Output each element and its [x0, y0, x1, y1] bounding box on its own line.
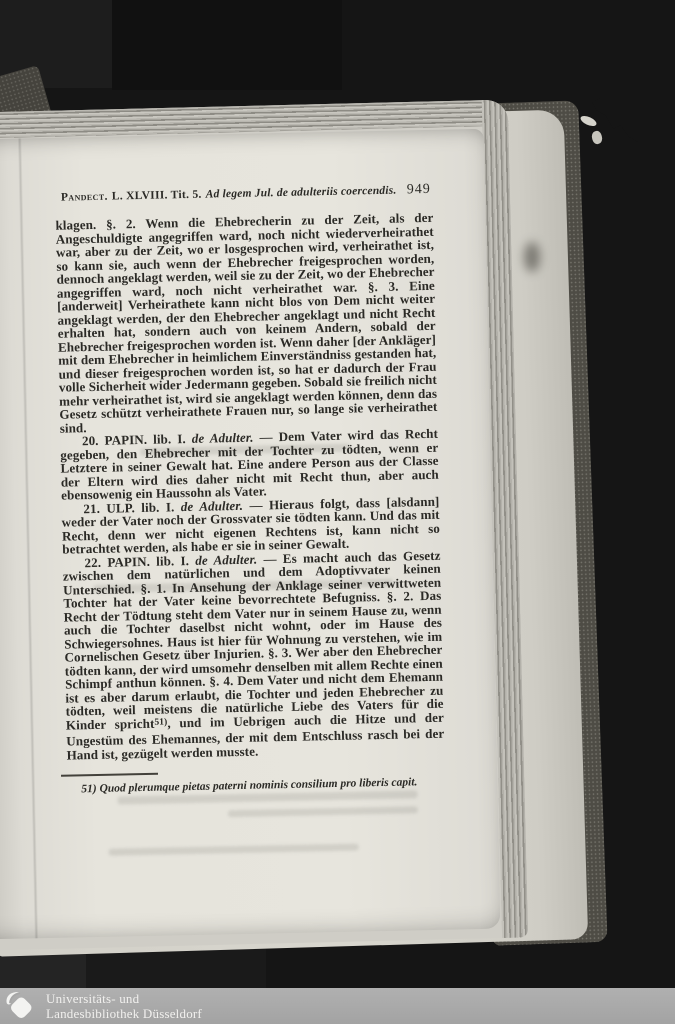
- running-header: Pandect. L. XLVIII. Tit. 5. Ad legem Jul…: [61, 182, 431, 206]
- background-patch: [112, 0, 342, 90]
- page-content: Pandect. L. XLVIII. Tit. 5. Ad legem Jul…: [55, 182, 446, 797]
- cover-frayed-thread: [590, 130, 604, 145]
- paragraph-continuation: klagen. §. 2. Wenn die Ehebrecherin zu d…: [55, 211, 437, 435]
- book-page: Pandect. L. XLVIII. Tit. 5. Ad legem Jul…: [0, 129, 500, 940]
- paragraph-22: 22. PAPIN. lib. I. de Adulter. — Es mach…: [62, 548, 444, 761]
- ink-bleed-ghost: [109, 844, 359, 856]
- paragraph-21: 21. ULP. lib. I. de Adulter. — Hieraus f…: [61, 494, 440, 556]
- ink-bleed-ghost: [228, 806, 418, 817]
- cover-frayed-thread: [579, 114, 598, 128]
- library-logo-icon: [3, 990, 37, 1023]
- footnote-separator-rule: [61, 773, 158, 777]
- library-name-line1: Universitäts- und: [46, 991, 202, 1006]
- header-book-reference: L. XLVIII. Tit. 5.: [112, 189, 202, 203]
- header-law-title: Ad legem Jul. de adulteriis coercendis.: [206, 185, 397, 201]
- header-work-name: Pandect.: [61, 191, 108, 204]
- body-text: klagen. §. 2. Wenn die Ehebrecherin zu d…: [55, 211, 444, 762]
- library-banner: Universitäts- und Landesbibliothek Düsse…: [0, 988, 675, 1024]
- scan-photo: Pandect. L. XLVIII. Tit. 5. Ad legem Jul…: [0, 0, 675, 1024]
- page-number: 949: [407, 182, 431, 198]
- footnote-reference-mark: 51): [154, 717, 167, 727]
- paragraph-20: 20. PAPIN. lib. I. de Adulter. — Dem Vat…: [60, 427, 439, 502]
- library-name: Universitäts- und Landesbibliothek Düsse…: [46, 991, 202, 1021]
- footnote-marker: 51): [81, 783, 99, 795]
- gutter-crease: [18, 138, 39, 938]
- page-edge-smudge: [524, 242, 540, 272]
- library-name-line2: Landesbibliothek Düsseldorf: [46, 1006, 202, 1021]
- fragment-text: Es macht auch das Gesetz zwischen dem na…: [63, 547, 444, 732]
- running-header-title: Pandect. L. XLVIII. Tit. 5. Ad legem Jul…: [61, 185, 397, 204]
